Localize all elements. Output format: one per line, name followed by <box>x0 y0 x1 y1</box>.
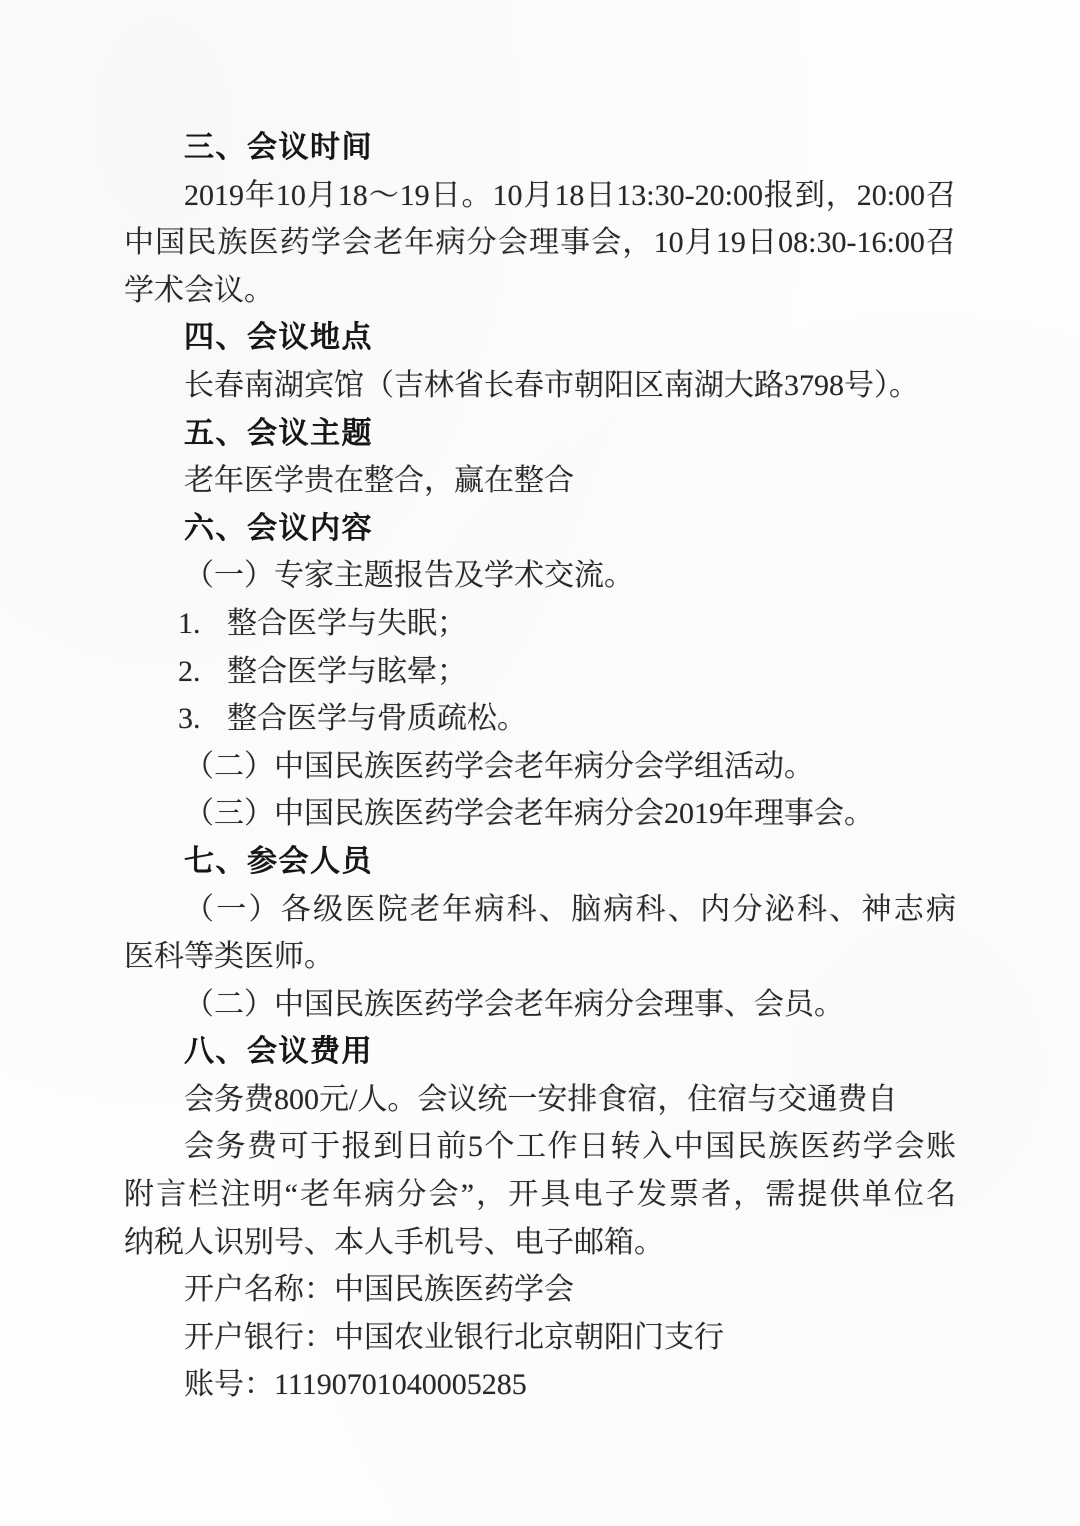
list-item: 3.整合医学与骨质疏松。 <box>124 695 956 743</box>
document-page: 三、会议时间 2019年10月18～19日。10月18日13:30-20:00报… <box>0 0 1080 1526</box>
list-item-text: 整合医学与失眠； <box>227 607 467 640</box>
section-heading-attendees: 七、参会人员 <box>124 838 956 886</box>
paragraph-line: 纳税人识别号、本人手机号、电子邮箱。 <box>124 1219 956 1267</box>
list-item-text: 整合医学与眩晕； <box>227 655 467 688</box>
list-item-number: 3. <box>178 695 227 743</box>
section-heading-meeting-venue: 四、会议地点 <box>124 314 956 362</box>
list-item: 2.整合医学与眩晕； <box>124 648 956 696</box>
paragraph-line: 会务费可于报到日前5个工作日转入中国民族医药学会账户， <box>124 1123 956 1171</box>
section-heading-meeting-time: 三、会议时间 <box>124 124 956 172</box>
paragraph-line: 医科等类医师。 <box>124 933 956 981</box>
list-item-number: 1. <box>178 600 227 648</box>
paragraph-line: （一）专家主题报告及学术交流。 <box>124 552 956 600</box>
list-item-number: 2. <box>178 648 227 696</box>
paragraph-line: 长春南湖宾馆（吉林省长春市朝阳区南湖大路3798号）。 <box>124 362 956 410</box>
list-item: 1.整合医学与失眠； <box>124 600 956 648</box>
paragraph-line: 会务费800元/人。会议统一安排食宿，住宿与交通费自理。 <box>124 1076 956 1124</box>
paragraph-line: （一）各级医院老年病科、脑病科、内分泌科、神志病科、中 <box>124 886 956 934</box>
paragraph-line: （二）中国民族医药学会老年病分会学组活动。 <box>124 743 956 791</box>
bank-account-number: 账号：11190701040005285 <box>124 1361 956 1409</box>
paragraph-line: 2019年10月18～19日。10月18日13:30-20:00报到，20:00… <box>124 172 956 220</box>
paragraph-line: （二）中国民族医药学会老年病分会理事、会员。 <box>124 981 956 1029</box>
paragraph-line: 老年医学贵在整合，赢在整合 <box>124 457 956 505</box>
section-heading-meeting-theme: 五、会议主题 <box>124 410 956 458</box>
paragraph-line: 附言栏注明“老年病分会”，开具电子发票者，需提供单位名称、 <box>124 1171 956 1219</box>
paragraph-line: 学术会议。 <box>124 267 956 315</box>
paragraph-line: （三）中国民族医药学会老年病分会2019年理事会。 <box>124 790 956 838</box>
paragraph-line: 中国民族医药学会老年病分会理事会，10月19日08:30-16:00召开 <box>124 219 956 267</box>
bank-account-name: 开户名称：中国民族医药学会 <box>124 1266 956 1314</box>
bank-name: 开户银行：中国农业银行北京朝阳门支行 <box>124 1314 956 1362</box>
section-heading-meeting-content: 六、会议内容 <box>124 505 956 553</box>
section-heading-meeting-fees: 八、会议费用 <box>124 1028 956 1076</box>
list-item-text: 整合医学与骨质疏松。 <box>227 702 527 735</box>
